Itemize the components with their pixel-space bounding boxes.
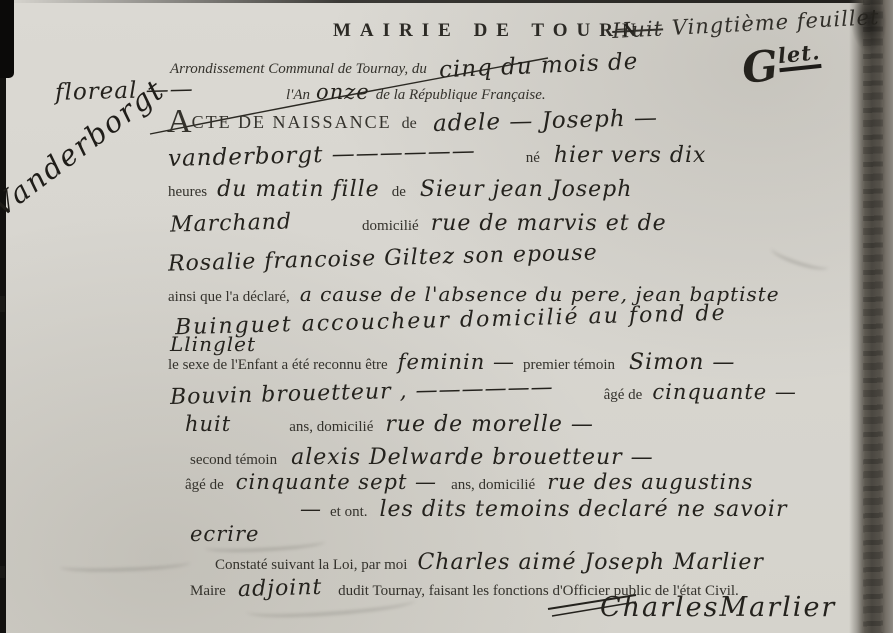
acte-title-row: ACTE DE NAISSANCE de adele — Joseph — — [167, 108, 658, 134]
binding-texture — [863, 0, 883, 633]
ans-dom1-label: ans, domicilié — [289, 419, 373, 435]
declare-label: ainsi que l'a déclaré, — [168, 289, 290, 305]
father-name-hand: Sieur jean Joseph — [420, 177, 633, 202]
et-ont-label: et ont. — [330, 504, 368, 520]
age1-row2: huit ans, domicilié rue de morelle — — [185, 412, 594, 437]
temoin1-label: premier témoin — [523, 357, 615, 373]
sexe-label: le sexe de l'Enfant a été reconnu être — [168, 357, 388, 373]
arrondissement-label: Arrondissement Communal de Tournay, du — [170, 61, 427, 77]
officier-name-hand: Charles aimé Joseph Marlier — [417, 550, 763, 575]
domicilie-label: domicilié — [362, 218, 419, 234]
scan-left-corner — [0, 0, 14, 78]
mother-row: Rosalie francoise Giltez son epouse — [168, 246, 598, 271]
dash-hand: — — [300, 497, 322, 521]
temoin1-name2-hand: Bouvin brouetteur , —————— — [170, 375, 554, 410]
scan-left-mark — [0, 296, 5, 312]
acte-de-label: de — [402, 115, 417, 132]
de-label: de — [392, 184, 406, 200]
profession-row: Marchand domicilié rue de marvis et de — [170, 211, 667, 236]
age1-hand: cinquante — — [652, 380, 797, 404]
scan-left-edge — [0, 0, 6, 633]
folio-struck-word: Huit — [612, 16, 664, 43]
matin-hand: du matin fille — [217, 177, 380, 202]
maire-label: Maire — [190, 583, 226, 599]
declarant-row2: Buinguet accoucheur domicilié au fond de — [175, 308, 727, 333]
ink-bleedthrough — [60, 556, 190, 574]
year-row: l'An onze de la République Française. — [286, 80, 546, 104]
an-label: l'An — [286, 87, 310, 103]
dom1-hand: rue de morelle — — [385, 412, 594, 437]
age2-label: âgé de — [185, 477, 224, 493]
signature-row: CharlesMarlier — [600, 592, 836, 623]
sexe-row: le sexe de l'Enfant a été reconnu être f… — [168, 350, 735, 375]
registrar-mark-initial: G — [740, 40, 782, 93]
mother-name-hand: Rosalie francoise Giltez son epouse — [168, 240, 598, 276]
constate-row: Constaté suivant la Loi, par moi Charles… — [215, 550, 764, 575]
temoin2-name-hand: alexis Delwarde brouetteur — — [291, 445, 654, 470]
child-surname-hand: vanderborgt —————— — [168, 138, 476, 172]
child-given-name-hand: adele — Joseph — — [432, 105, 658, 137]
acte-title: CTE DE NAISSANCE — [192, 112, 392, 132]
scan-left-mark — [0, 566, 5, 578]
adjoint-hand: adjoint — [238, 575, 323, 602]
savoir-row: — et ont. les dits temoins declaré ne sa… — [300, 497, 787, 522]
month-hand: floreal —— — [55, 76, 194, 106]
ans-dom2-label: ans, domicilié — [451, 477, 535, 493]
year-hand: onze — [316, 80, 370, 104]
ecrire-row: ecrire — [190, 522, 259, 546]
age1-hand-2: huit — [185, 412, 231, 436]
month-row: floreal —— — [55, 78, 194, 104]
arrondissement-row: Arrondissement Communal de Tournay, du c… — [170, 53, 638, 79]
header-row: MAIRIE DE TOURN — [333, 20, 645, 42]
birth-time-hand: hier vers dix — [554, 143, 707, 168]
father-profession-hand: Marchand — [170, 209, 293, 237]
sexe-hand: feminin — — [398, 350, 515, 374]
republique-label: de la République Française. — [376, 87, 546, 103]
ne-label: né — [526, 150, 540, 166]
scan-top-edge — [0, 0, 893, 3]
registrar-mark-sup: let. — [777, 39, 822, 72]
scanned-birth-record-page: Vanderborgt MAIRIE DE TOURN Huit Vingtiè… — [0, 0, 893, 633]
registrar-mark: Glet. — [740, 36, 824, 93]
heures-label: heures — [168, 184, 207, 200]
heures-row: heures du matin fille de Sieur jean Jose… — [168, 177, 632, 202]
age2-row: âgé de cinquante sept — ans, domicilié r… — [185, 470, 753, 494]
father-address-hand: rue de marvis et de — [431, 211, 667, 236]
temoin1-name-hand: Simon — — [629, 350, 735, 375]
age1-label: âgé de — [604, 387, 643, 403]
constate-label: Constaté suivant la Loi, par moi — [215, 557, 407, 573]
savoir-hand: les dits temoins declaré ne savoir — [380, 497, 788, 522]
age2-hand: cinquante sept — — [236, 470, 437, 494]
ecrire-hand: ecrire — [190, 522, 259, 546]
temoin1-row2: Bouvin brouetteur , —————— âgé de cinqua… — [170, 380, 797, 405]
dom2-hand: rue des augustins — [547, 470, 753, 494]
surname-row: vanderborgt —————— né hier vers dix — [168, 142, 706, 168]
officer-signature: CharlesMarlier — [600, 592, 836, 623]
acte-initial: A — [167, 103, 192, 140]
ink-bleedthrough — [769, 241, 831, 274]
folio-annotation: Huit Vingtième feuillet — [612, 5, 881, 44]
temoin2-row: second témoin alexis Delwarde brouetteur… — [190, 445, 654, 470]
temoin2-label: second témoin — [190, 452, 277, 468]
date-day-hand: cinq du mois de — [438, 49, 638, 84]
mairie-title: MAIRIE DE TOURN — [333, 20, 645, 41]
declarant-hand-2: Buinguet accoucheur domicilié au fond de — [175, 301, 727, 340]
